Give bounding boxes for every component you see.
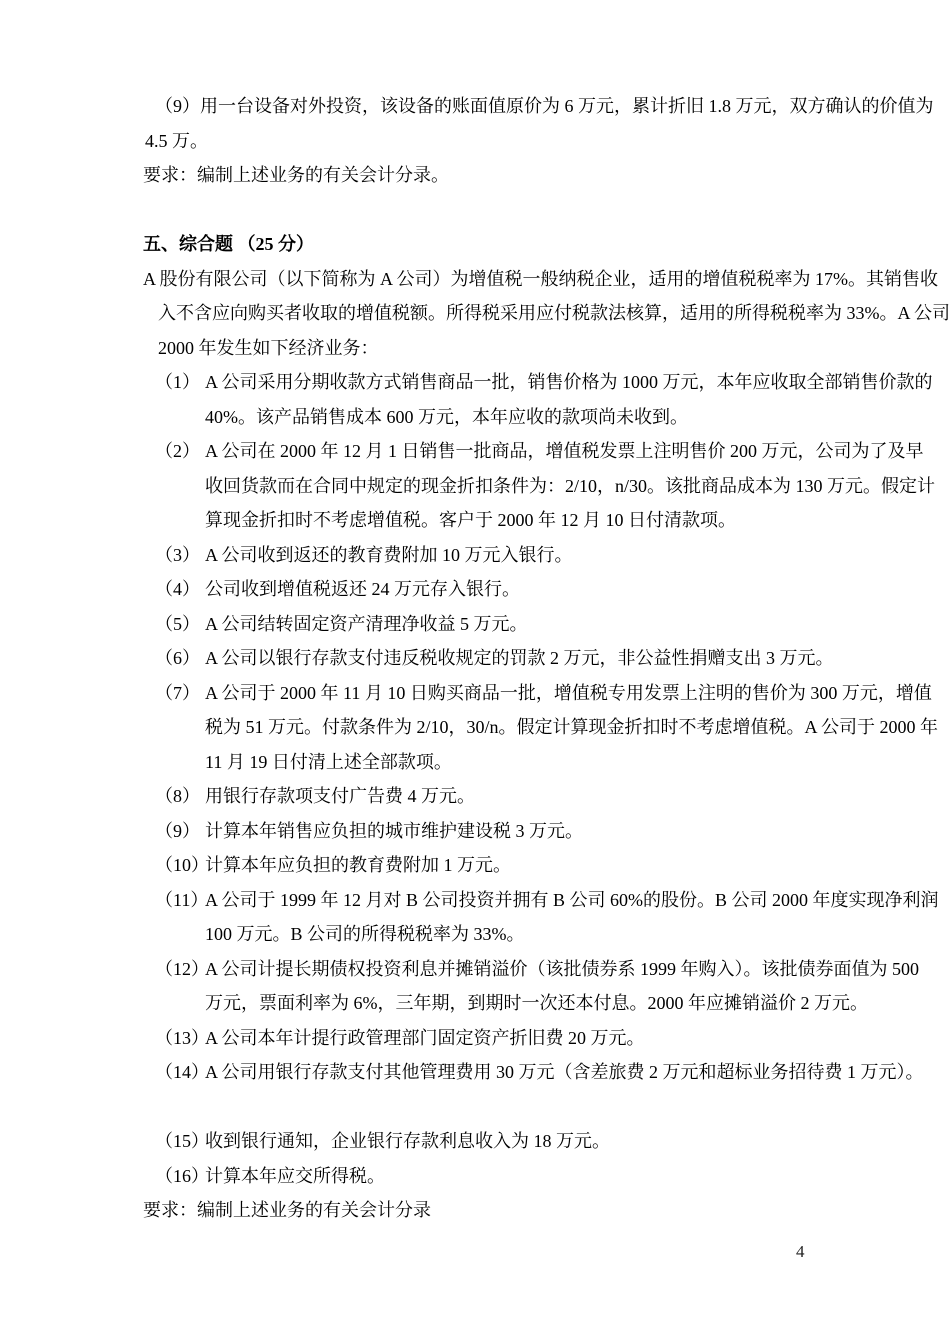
exam-item-2: （2） A 公司在 2000 年 12 月 1 日销售一批商品，增值税发票上注明… — [143, 434, 920, 538]
prev-requirement-line: 要求：编制上述业务的有关会计分录。 — [143, 158, 920, 193]
item-text: A 公司用银行存款支付其他管理费用 30 万元（含差旅费 2 万元和超标业务招待… — [205, 1055, 924, 1090]
exam-item-15: （15） 收到银行通知，企业银行存款利息收入为 18 万元。 — [143, 1124, 920, 1159]
item-number: （8） — [155, 779, 205, 814]
item-text: A 公司收到返还的教育费附加 10 万元入银行。 — [205, 538, 920, 573]
item-number: （13） — [155, 1021, 205, 1056]
exam-item-16: （16） 计算本年应交所得税。 — [143, 1159, 920, 1194]
item-text: 公司收到增值税返还 24 万元存入银行。 — [205, 572, 920, 607]
prev-item9-line2: 4.5 万。 — [143, 124, 920, 159]
intro-line-2: 入不含应向购买者收取的增值税额。所得税采用应付税款法核算，适用的所得税税率为 3… — [143, 296, 920, 331]
exam-item-10: （10） 计算本年应负担的教育费附加 1 万元。 — [143, 848, 920, 883]
item-number: （4） — [155, 572, 205, 607]
item-number: （16） — [155, 1159, 205, 1194]
item-number: （14） — [155, 1055, 205, 1090]
item-number: （5） — [155, 607, 205, 642]
exam-item-4: （4） 公司收到增值税返还 24 万元存入银行。 — [143, 572, 920, 607]
section-heading: 五、综合题 （25 分） — [143, 227, 920, 262]
item-text: 用银行存款项支付广告费 4 万元。 — [205, 779, 920, 814]
exam-item-9: （9） 计算本年销售应负担的城市维护建设税 3 万元。 — [143, 814, 920, 849]
exam-item-12: （12） A 公司计提长期债权投资利息并摊销溢价（该批债券系 1999 年购入）… — [143, 952, 920, 1021]
item-text: A 公司计提长期债权投资利息并摊销溢价（该批债券系 1999 年购入）。该批债券… — [205, 952, 920, 1021]
item-number: （15） — [155, 1124, 205, 1159]
item-text: 计算本年应交所得税。 — [205, 1159, 920, 1194]
exam-item-13: （13） A 公司本年计提行政管理部门固定资产折旧费 20 万元。 — [143, 1021, 920, 1056]
item-text: A 公司结转固定资产清理净收益 5 万元。 — [205, 607, 920, 642]
document-page: （9）用一台设备对外投资，该设备的账面值原价为 6 万元，累计折旧 1.8 万元… — [0, 0, 950, 1344]
intro-line-1: A 股份有限公司（以下简称为 A 公司）为增值税一般纳税企业，适用的增值税税率为… — [143, 262, 920, 297]
item-text: 计算本年应负担的教育费附加 1 万元。 — [205, 848, 920, 883]
item-number: （3） — [155, 538, 205, 573]
item-text: A 公司于 1999 年 12 月对 B 公司投资并拥有 B 公司 60%的股份… — [205, 883, 939, 952]
final-requirement-line: 要求：编制上述业务的有关会计分录 — [143, 1193, 920, 1228]
item-text: A 公司本年计提行政管理部门固定资产折旧费 20 万元。 — [205, 1021, 920, 1056]
item-number: （11） — [155, 883, 205, 918]
item-number: （1） — [155, 365, 205, 400]
item-number: （6） — [155, 641, 205, 676]
item-text: 计算本年销售应负担的城市维护建设税 3 万元。 — [205, 814, 920, 849]
item-text: A 公司采用分期收款方式销售商品一批，销售价格为 1000 万元，本年应收取全部… — [205, 365, 933, 434]
item-number: （9） — [155, 814, 205, 849]
exam-item-11: （11） A 公司于 1999 年 12 月对 B 公司投资并拥有 B 公司 6… — [143, 883, 920, 952]
exam-item-7: （7） A 公司于 2000 年 11 月 10 日购买商品一批，增值税专用发票… — [143, 676, 920, 780]
item-text: A 公司以银行存款支付违反税收规定的罚款 2 万元，非公益性捐赠支出 3 万元。 — [205, 641, 920, 676]
item-text: 收到银行通知，企业银行存款利息收入为 18 万元。 — [205, 1124, 920, 1159]
item-number: （2） — [155, 434, 205, 469]
item-number: （12） — [155, 952, 205, 987]
exam-item-3: （3） A 公司收到返还的教育费附加 10 万元入银行。 — [143, 538, 920, 573]
exam-item-1: （1） A 公司采用分期收款方式销售商品一批，销售价格为 1000 万元，本年应… — [143, 365, 920, 434]
item-text: A 公司在 2000 年 12 月 1 日销售一批商品，增值税发票上注明售价 2… — [205, 434, 935, 538]
page-number: 4 — [796, 1242, 805, 1262]
exam-item-8: （8） 用银行存款项支付广告费 4 万元。 — [143, 779, 920, 814]
item-number: （10） — [155, 848, 205, 883]
prev-item9-line1: （9）用一台设备对外投资，该设备的账面值原价为 6 万元，累计折旧 1.8 万元… — [143, 89, 920, 124]
item-number: （7） — [155, 676, 205, 711]
exam-item-6: （6） A 公司以银行存款支付违反税收规定的罚款 2 万元，非公益性捐赠支出 3… — [143, 641, 920, 676]
intro-line-3: 2000 年发生如下经济业务： — [143, 331, 920, 366]
exam-item-14: （14） A 公司用银行存款支付其他管理费用 30 万元（含差旅费 2 万元和超… — [143, 1055, 920, 1090]
item-text: A 公司于 2000 年 11 月 10 日购买商品一批，增值税专用发票上注明的… — [205, 676, 938, 780]
exam-item-5: （5） A 公司结转固定资产清理净收益 5 万元。 — [143, 607, 920, 642]
